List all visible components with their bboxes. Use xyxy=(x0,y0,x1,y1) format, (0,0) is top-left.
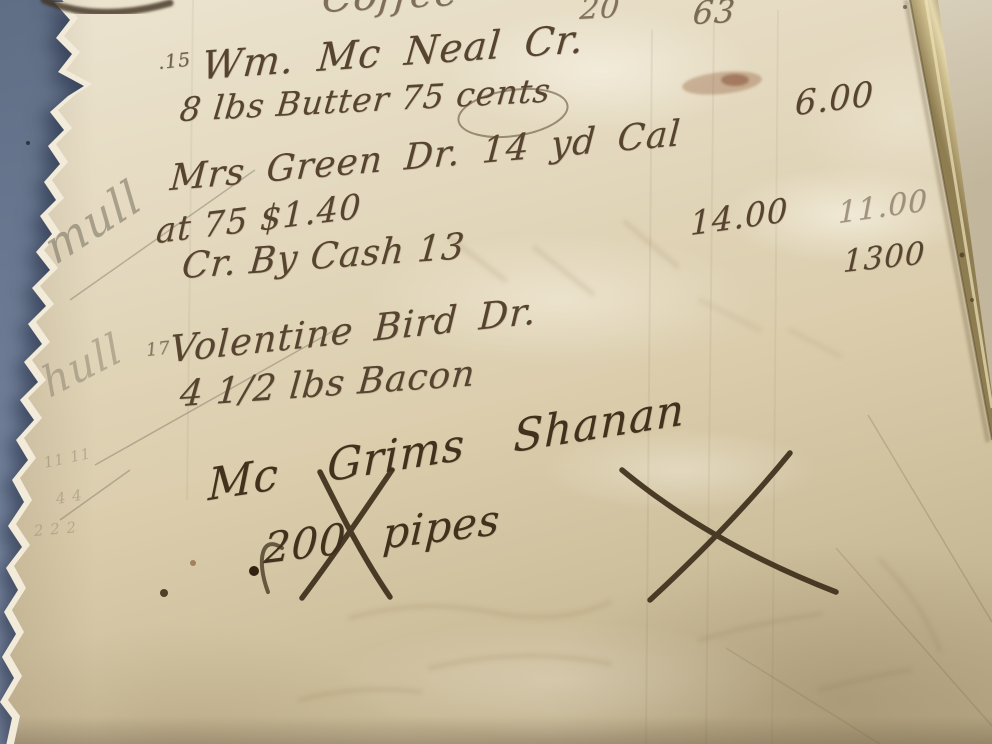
bird-margin-date: 17 xyxy=(145,337,172,360)
ledger-photo: Coffee 20 63 .15 Wm. Mc Neal Cr. 8 lbs B… xyxy=(0,0,992,744)
mcneal-margin-date: .15 xyxy=(157,49,192,74)
top-row-amount: 63 xyxy=(691,0,737,32)
pencil-figures-row3: 2 2 2 xyxy=(33,518,78,540)
